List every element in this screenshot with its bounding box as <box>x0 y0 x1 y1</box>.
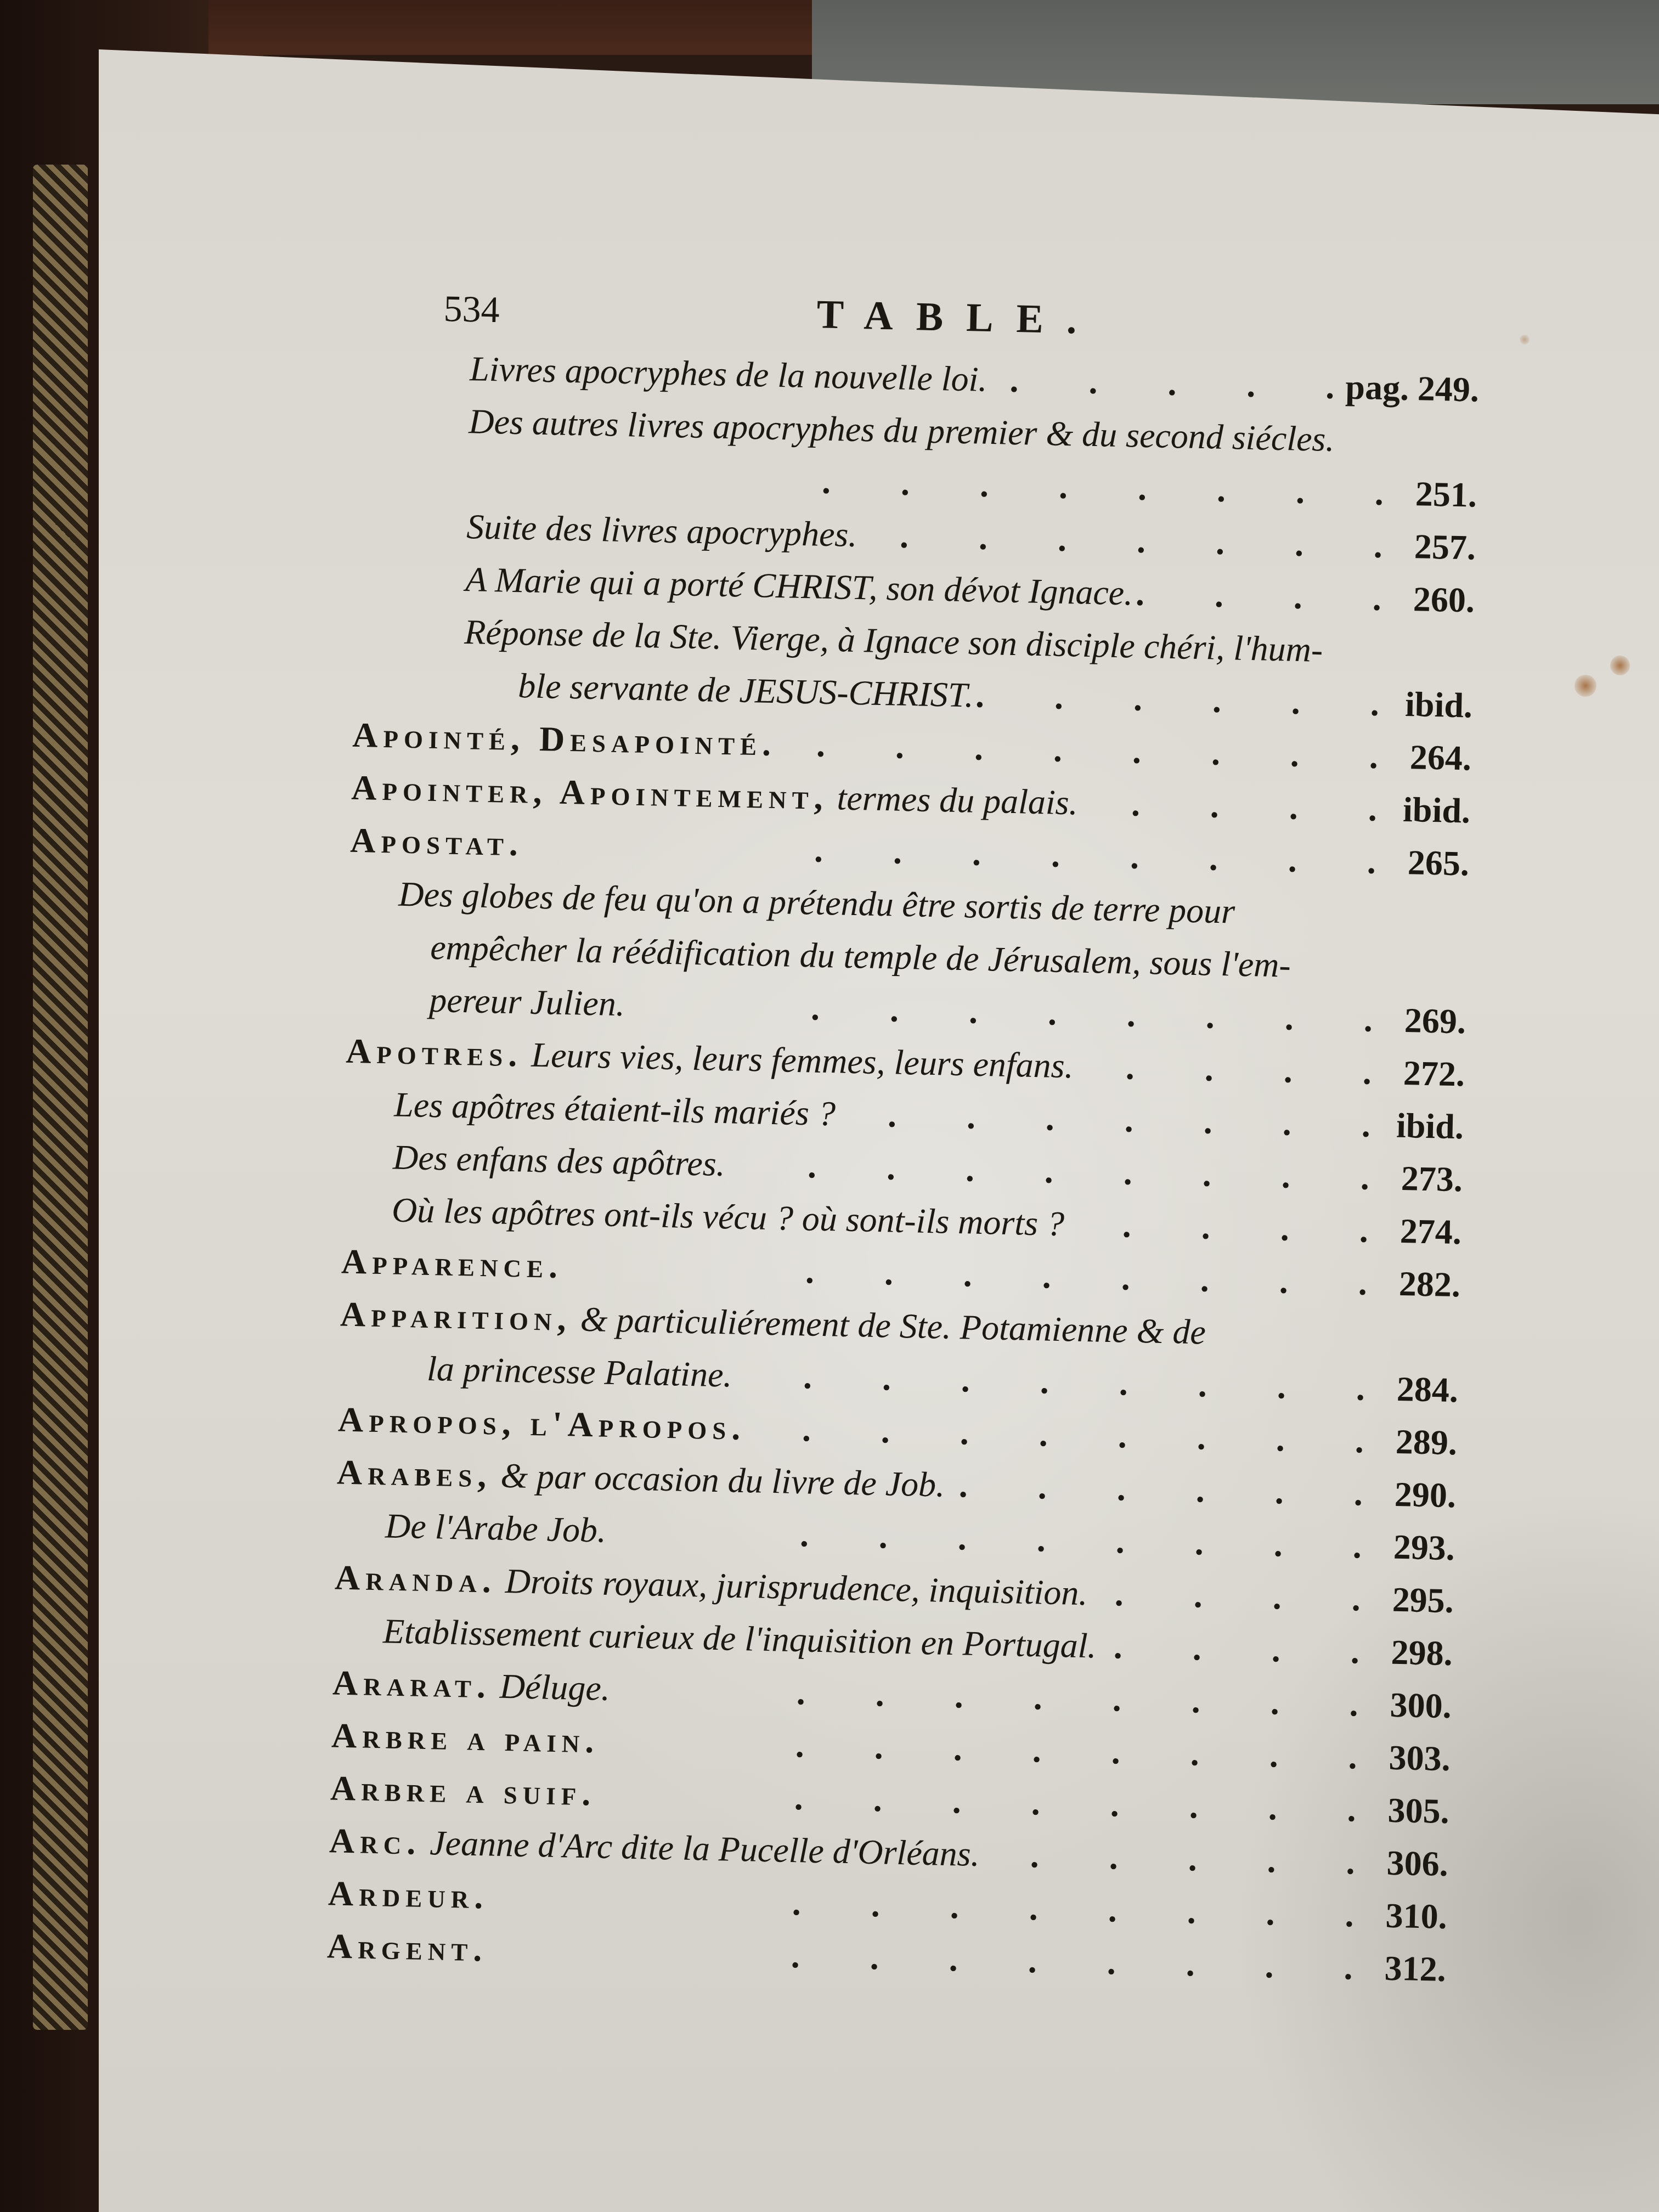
page-prefix: pag. <box>1345 368 1409 408</box>
page-ref: ibid. <box>1381 1099 1464 1153</box>
entry-label: De l'Arabe Job. <box>385 1499 607 1556</box>
page-ref: ibid. <box>1390 678 1473 732</box>
page-ref: 260. <box>1392 572 1475 627</box>
entry-headword: Arabes, <box>337 1453 493 1495</box>
entry-label: ble servante de JESUS-CHRIST. <box>517 659 974 721</box>
page-ref: 269. <box>1383 994 1466 1048</box>
entry-label: pereur Julien. <box>428 974 625 1030</box>
dot-leader <box>944 1459 1374 1520</box>
entry-label: la princesse Palatine. <box>426 1342 732 1402</box>
page-ref: 298. <box>1370 1626 1453 1680</box>
entry-headword: Apparition, <box>340 1295 572 1339</box>
page-ref: 306. <box>1365 1836 1449 1891</box>
page-ref: 300. <box>1369 1678 1452 1733</box>
entry-label: Suite des livres apocryphes. <box>466 500 857 561</box>
entry-label: Leurs vies, leurs femmes, leurs enfans. <box>531 1035 1074 1086</box>
entry-headword: Arbre a suif. <box>330 1762 596 1820</box>
page-ref: 251. <box>1394 467 1477 522</box>
table-of-contents: 534 TABLE. Livres apocryphes de la nouve… <box>326 274 1481 1996</box>
entry-label: & particuliérement de Ste. Potamienne & … <box>580 1300 1206 1352</box>
entry-headword: Apparence. <box>341 1235 563 1293</box>
entry-headword: Apointer, Apointement, <box>351 768 829 817</box>
entry-label: Des enfans des apôtres. <box>392 1131 725 1191</box>
page-ref: 264. <box>1389 730 1472 785</box>
page-title: TABLE. <box>816 291 1101 344</box>
page-ref: 310. <box>1364 1889 1448 1943</box>
page-ref: 274. <box>1379 1204 1462 1259</box>
page-ref: 257. <box>1393 520 1476 574</box>
book-cover-top <box>208 0 812 55</box>
page-ref: 312. <box>1363 1942 1447 1996</box>
page-ref: ibid. <box>1387 783 1471 837</box>
entry-headword: Arbre a pain. <box>331 1709 600 1767</box>
page-ref: 305. <box>1367 1784 1450 1838</box>
page-ref: 284. <box>1375 1362 1459 1417</box>
entry-headword: Arc. <box>329 1821 421 1861</box>
dot-leader <box>1132 567 1393 625</box>
entry-label: Les apôtres étaient-ils mariés ? <box>393 1079 836 1141</box>
dot-leader <box>1087 1567 1372 1626</box>
entry-label: Déluge. <box>499 1667 610 1708</box>
dot-leader <box>1073 1040 1383 1099</box>
entry-headword: Apropos, l'Apropos. <box>337 1393 746 1455</box>
entry-headword: Apotres. <box>346 1031 523 1074</box>
entry-headword: Argent. <box>326 1920 488 1976</box>
dot-leader <box>973 669 1391 731</box>
entry-headword: Ararat. <box>332 1663 491 1705</box>
entry-headword: Apostat. <box>349 814 524 871</box>
dot-leader <box>1096 1620 1371 1678</box>
foxing-stain <box>1575 675 1596 697</box>
page-ref: 272. <box>1382 1046 1465 1101</box>
entry-headword: Ardeur. <box>328 1867 489 1923</box>
page-ref: 273. <box>1380 1152 1463 1206</box>
foxing-stain <box>1610 656 1630 675</box>
foxing-stain <box>1520 335 1530 345</box>
entry-label: termes du palais. <box>837 778 1078 822</box>
dot-leader <box>986 353 1346 414</box>
page-ref: 303. <box>1368 1731 1451 1785</box>
entry-label: Des globes de feu qu'on a prétendu être … <box>398 874 1235 931</box>
entry-headword: Apointé, Desapointé. <box>352 709 777 770</box>
page-number: 534 <box>443 287 500 331</box>
page-ref: 249. <box>1417 369 1479 409</box>
dot-leader <box>979 1828 1367 1889</box>
entry-label: Jeanne d'Arc dite la Pucelle d'Orléans. <box>430 1823 980 1874</box>
page-ref: 290. <box>1373 1468 1457 1522</box>
gilt-book-edge <box>33 165 88 2030</box>
entry-label: & par occasion du livre de Job. <box>500 1456 945 1504</box>
entry-label: Droits royaux, jurisprudence, inquisitio… <box>505 1561 1088 1612</box>
page-ref: 265. <box>1386 836 1470 890</box>
dot-leader <box>1064 1198 1380 1257</box>
page-ref: 295. <box>1371 1573 1454 1627</box>
entry-headword: Aranda. <box>335 1558 497 1600</box>
page-ref: 289. <box>1374 1415 1458 1469</box>
page-ref: 282. <box>1378 1257 1461 1311</box>
page-ref: 293. <box>1372 1520 1455 1575</box>
dot-leader <box>1077 777 1389 836</box>
